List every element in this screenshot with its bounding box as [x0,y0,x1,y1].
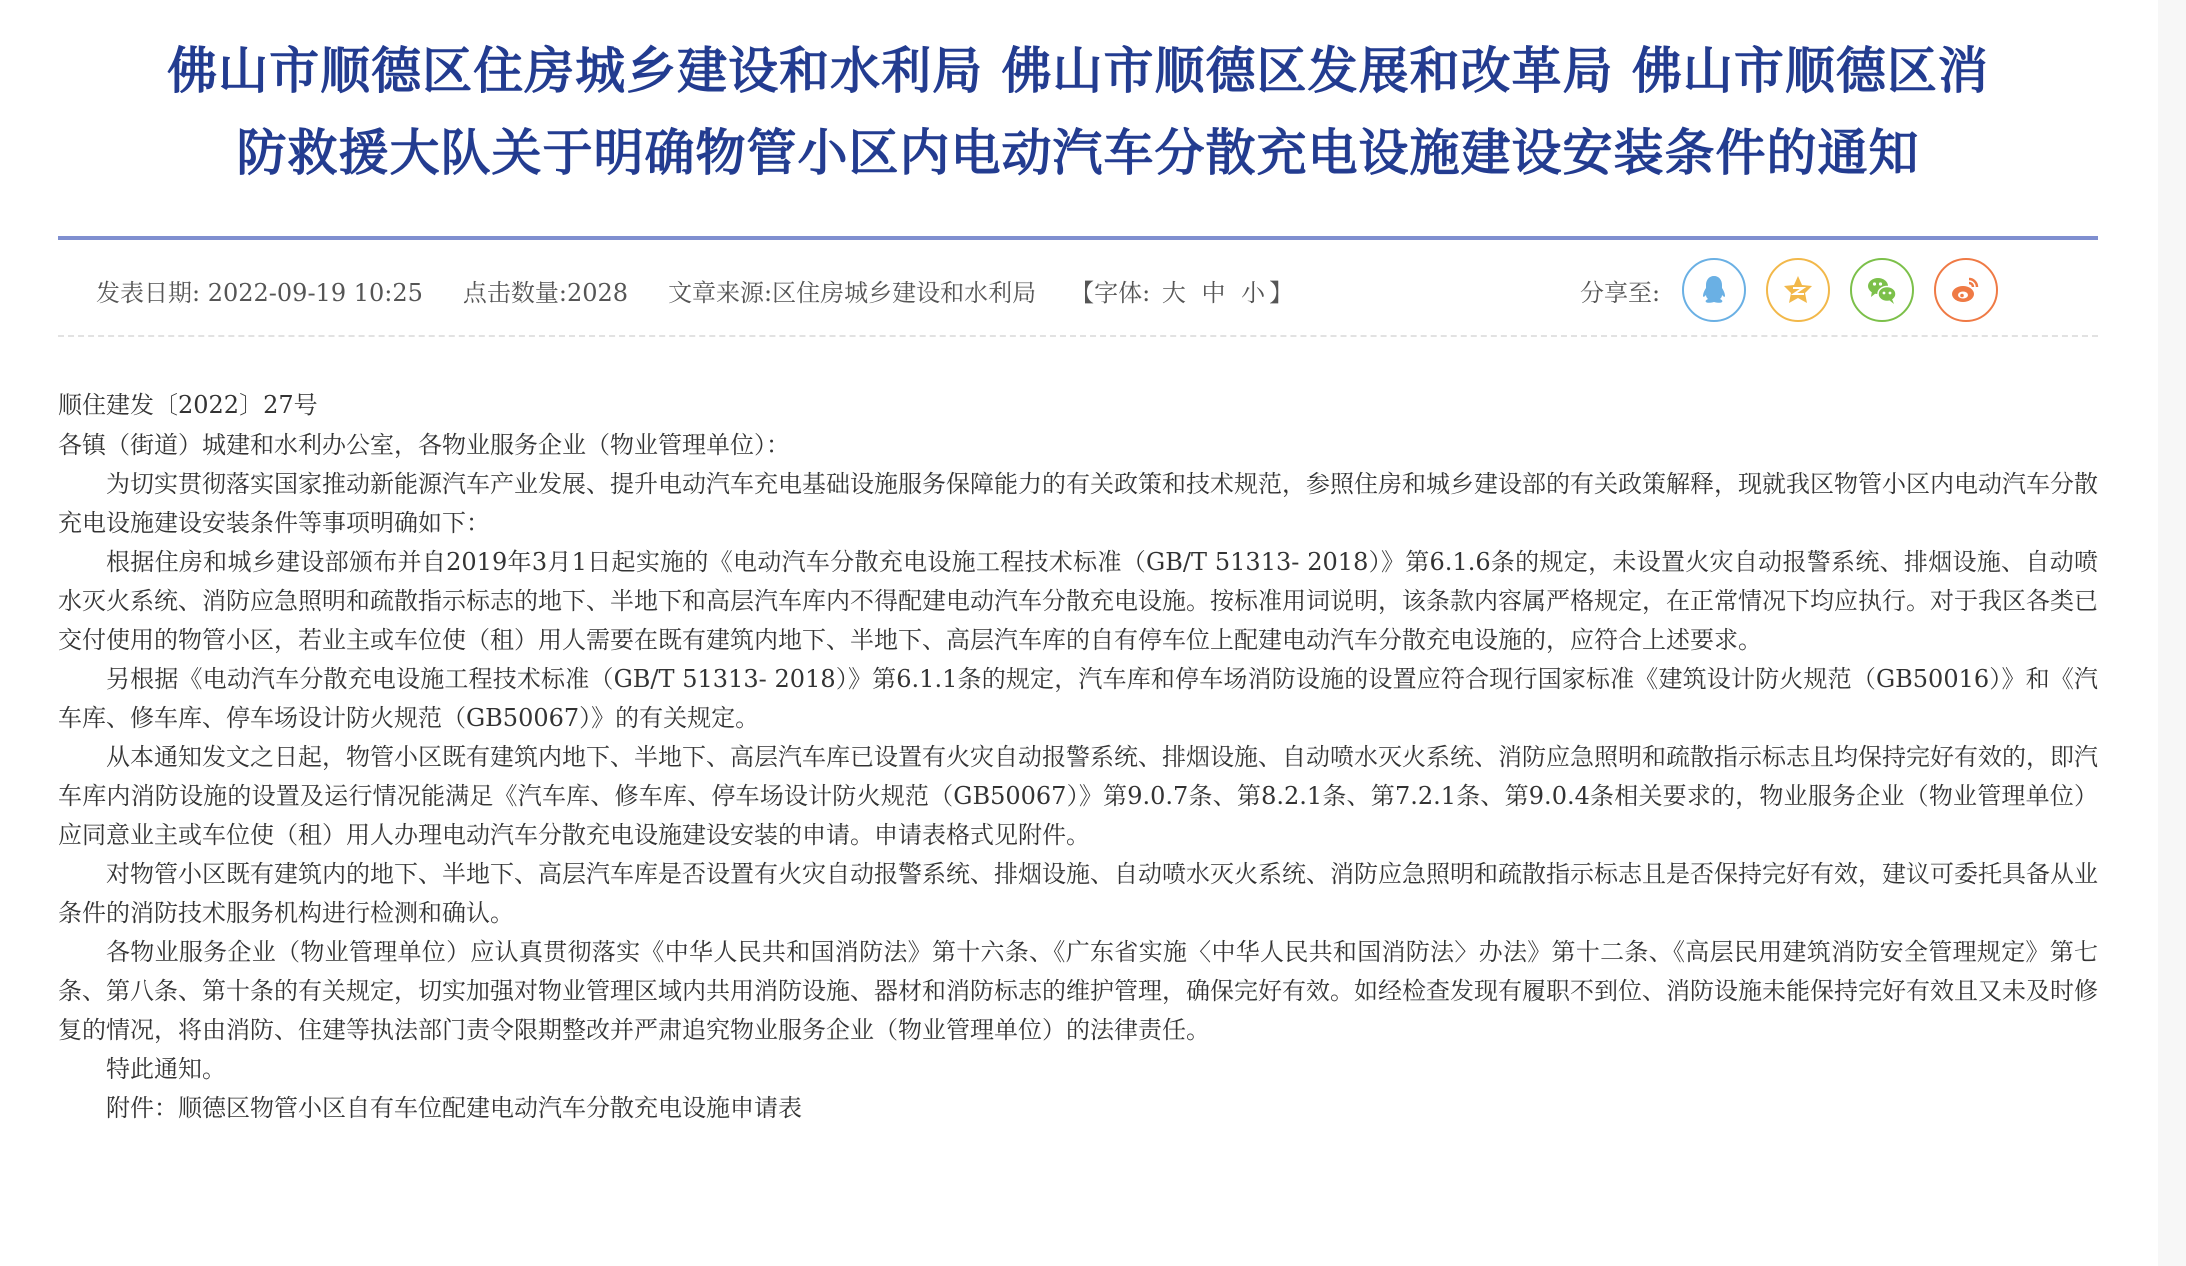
body-paragraph-4: 从本通知发文之日起，物管小区既有建筑内地下、半地下、高层汽车库已设置有火灾自动报… [58,738,2098,855]
share-wechat-button[interactable] [1850,258,1914,322]
font-size-small-button[interactable]: 小 [1241,279,1265,307]
article-body: 顺住建发〔2022〕27号 各镇（街道）城建和水利办公室，各物业服务企业（物业管… [58,384,2098,1128]
share-bar: 分享至: [1580,262,2018,318]
body-paragraph-1: 为切实贯彻落实国家推动新能源汽车产业发展、提升电动汽车充电基础设施服务保障能力的… [58,465,2098,543]
body-paragraph-3: 另根据《电动汽车分散充电设施工程技术标准（GB/T 51313- 2018）》第… [58,660,2098,738]
share-label: 分享至: [1580,273,1660,308]
weibo-icon [1949,273,1983,307]
share-weibo-button[interactable] [1934,258,1998,322]
font-size-large-button[interactable]: 大 [1162,279,1186,307]
qzone-icon [1781,273,1815,307]
article-container: 佛山市顺德区住房城乡建设和水利局 佛山市顺德区发展和改革局 佛山市顺德区消 防救… [58,0,2098,206]
font-size-medium-button[interactable]: 中 [1202,279,1226,307]
body-paragraph-2: 根据住房和城乡建设部颁布并自2019年3月1日起实施的《电动汽车分散充电设施工程… [58,543,2098,660]
qq-icon [1697,273,1731,307]
closing-remark: 特此通知。 [58,1050,2098,1089]
document-number: 顺住建发〔2022〕27号 [58,384,2098,426]
article-title-line-1: 佛山市顺德区住房城乡建设和水利局 佛山市顺德区发展和改革局 佛山市顺德区消 [58,30,2098,112]
body-paragraph-6: 各物业服务企业（物业管理单位）应认真贯彻落实《中华人民共和国消防法》第十六条、《… [58,933,2098,1050]
body-paragraph-5: 对物管小区既有建筑内的地下、半地下、高层汽车库是否设置有火灾自动报警系统、排烟设… [58,855,2098,933]
attachment-link[interactable]: 附件：顺德区物管小区自有车位配建电动汽车分散充电设施申请表 [58,1089,2098,1128]
click-count: 点击数量:2028 [463,273,628,308]
font-size-prefix: 【字体: [1070,279,1150,307]
meta-divider [58,335,2098,337]
share-qzone-button[interactable] [1766,258,1830,322]
article-title: 佛山市顺德区住房城乡建设和水利局 佛山市顺德区发展和改革局 佛山市顺德区消 防救… [58,0,2098,206]
publish-date: 发表日期: 2022-09-19 10:25 [96,273,423,308]
font-size-suffix: 】 [1269,279,1293,307]
article-title-line-2: 防救援大队关于明确物管小区内电动汽车分散充电设施建设安装条件的通知 [58,112,2098,194]
article-source: 文章来源:区住房城乡建设和水利局 [668,273,1036,308]
share-qq-button[interactable] [1682,258,1746,322]
page-scroll-gutter [2158,0,2186,1266]
title-divider [58,236,2098,240]
wechat-icon [1865,273,1899,307]
font-size-selector: 【字体: 大 中 小】 [1070,273,1293,308]
salutation: 各镇（街道）城建和水利办公室，各物业服务企业（物业管理单位）： [58,426,2098,465]
article-meta-bar: 发表日期: 2022-09-19 10:25 点击数量:2028 文章来源:区住… [58,262,2098,318]
